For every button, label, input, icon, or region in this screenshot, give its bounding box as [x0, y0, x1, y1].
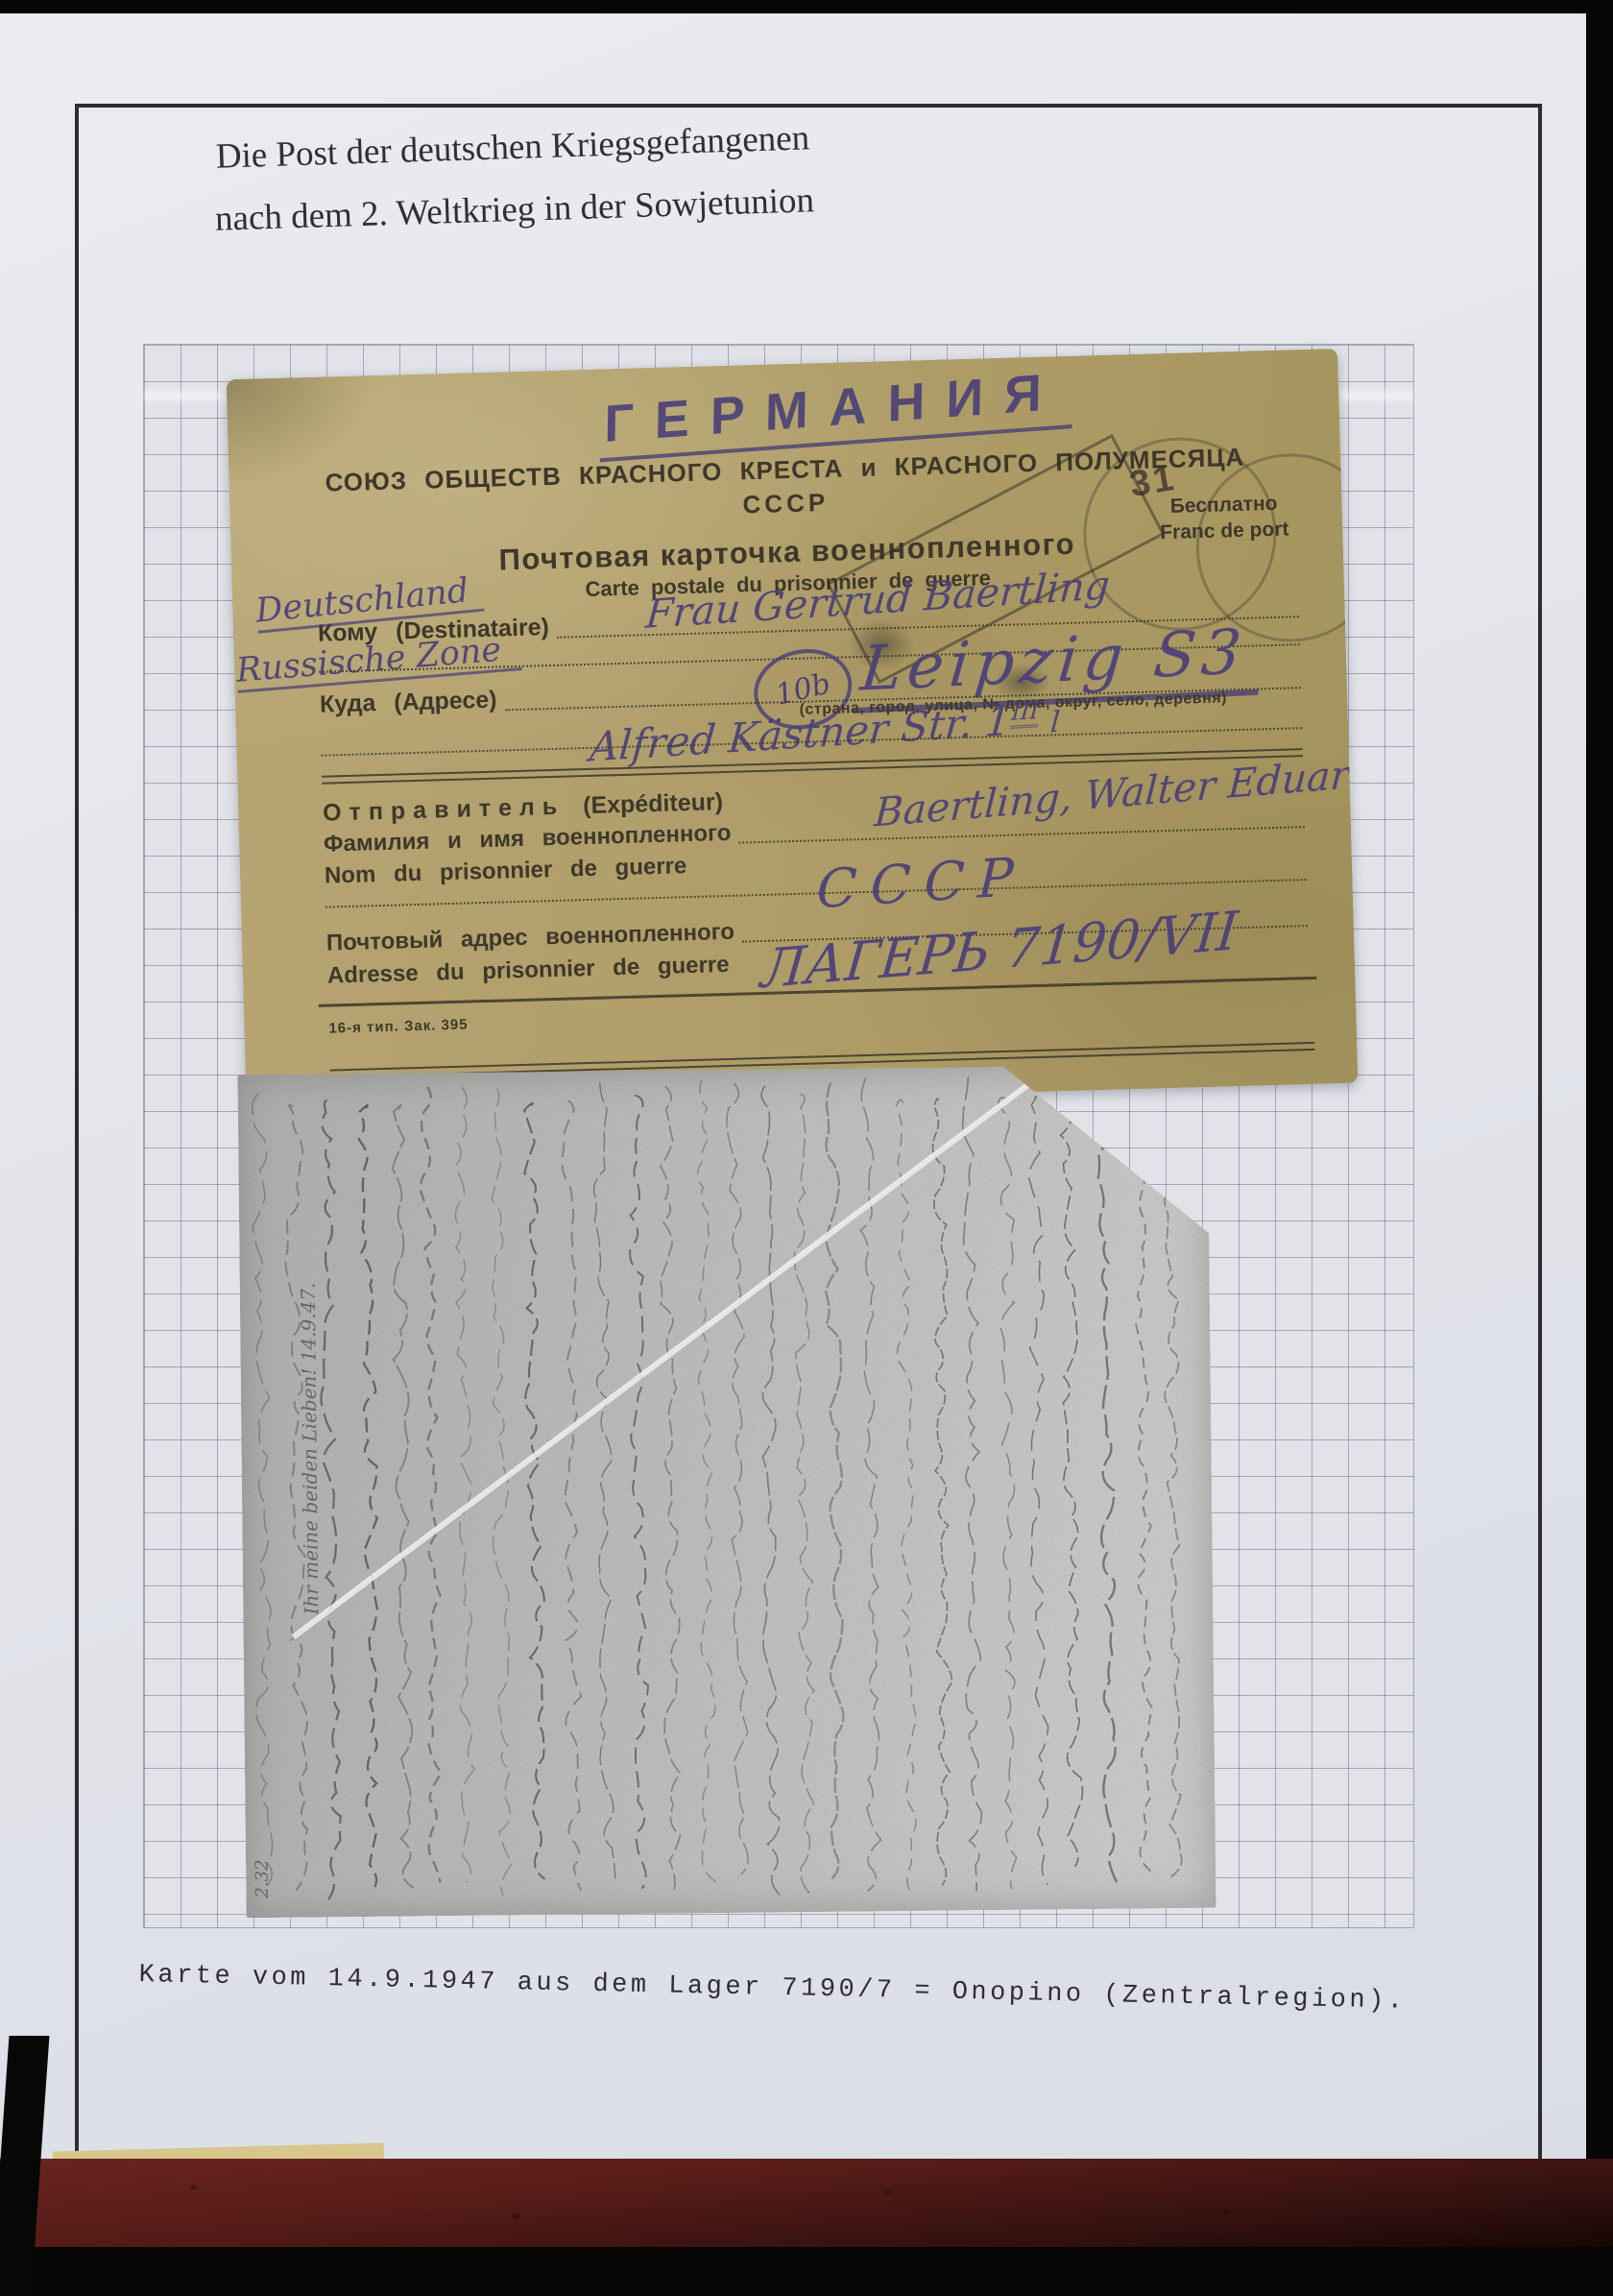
sender-label-russian: Отправитель — [323, 793, 566, 827]
album-leather-cover — [0, 2159, 1613, 2255]
pow-address-label-french: Adresse du prisonnier de guerre — [327, 952, 730, 990]
sender-label-french: (Expéditeur) — [583, 788, 724, 819]
printers-imprint: 16-я тип. Зак. 395 — [328, 1017, 469, 1037]
destination-country-handwritten: ГЕРМАНИЯ — [600, 361, 1072, 462]
address-label: Куда (Адресе) — [320, 687, 497, 719]
address-label-russian: Куда — [320, 689, 376, 718]
album-page: Die Post der deutschen Kriegsgefangenen … — [0, 13, 1586, 2159]
page-title: Die Post der deutschen Kriegsgefangenen … — [132, 106, 895, 254]
album-photo-background: Die Post der deutschen Kriegsgefangenen … — [0, 0, 1613, 2296]
photo-black-edge-bottom — [0, 2247, 1613, 2296]
handwriting-texture — [237, 1065, 1216, 1919]
address-label-french: (Адресе) — [394, 687, 497, 716]
message-scan: Ihr meine beiden Lieben! 14.9.47. 2.32 — [237, 1065, 1216, 1919]
pencil-corner-note: 2.32 — [252, 1830, 273, 1897]
pow-postcard: ГЕРМАНИЯ СОЮЗ ОБЩЕСТВ КРАСНОГО КРЕСТА и … — [227, 349, 1359, 1114]
pow-country-handwritten: СССР — [815, 845, 1028, 920]
legible-message-fragment: Ihr meine beiden Lieben! 14.9.47. — [296, 1172, 325, 1614]
sender-name-label-french: Nom du prisonnier de guerre — [325, 853, 687, 890]
free-of-postage-imprint: Бесплатно Franc de port — [1118, 489, 1330, 547]
street-floor: III — [1010, 697, 1040, 729]
pow-address-label-russian: Почтовый адрес военнопленного — [326, 919, 735, 957]
